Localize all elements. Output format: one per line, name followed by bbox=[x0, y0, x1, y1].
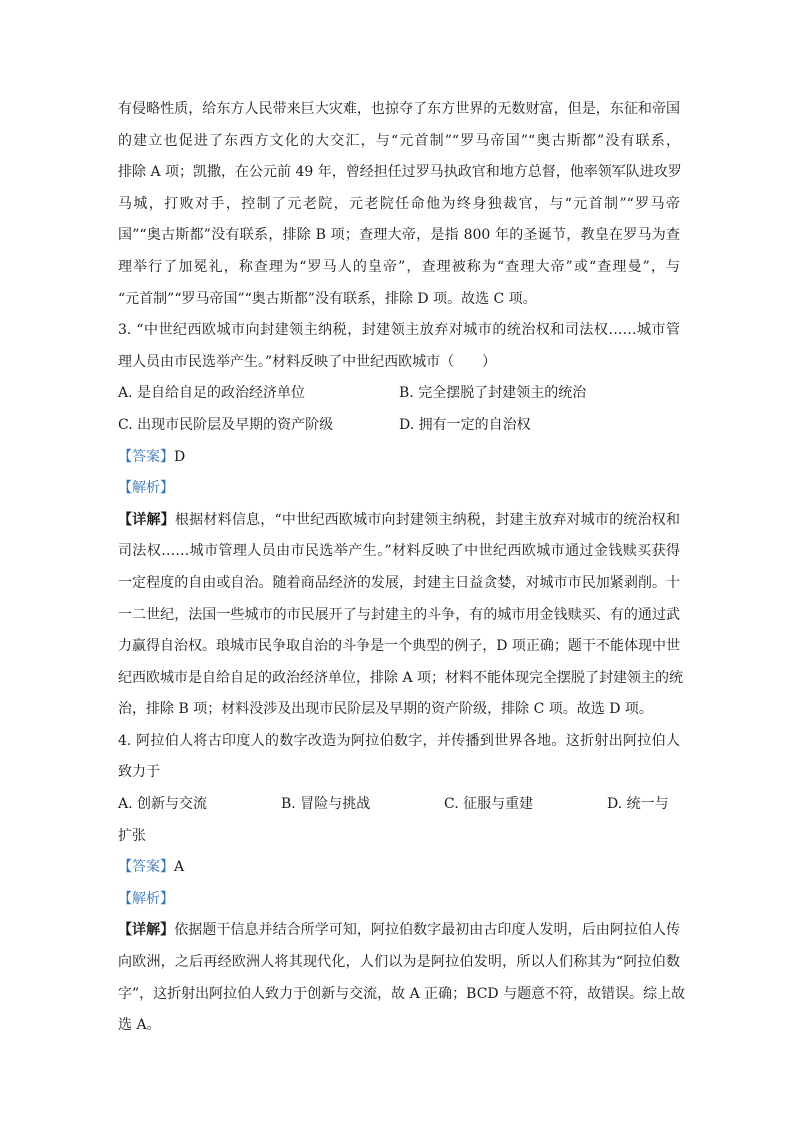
analysis-line: 【解析】 bbox=[118, 884, 680, 916]
question-stem: 理人员由市民选举产生。”材料反映了中世纪西欧城市（ ） bbox=[118, 347, 680, 379]
analysis-label: 【解析】 bbox=[118, 480, 174, 496]
options-row: C. 出现市民阶层及早期的资产阶级 D. 拥有一定的自治权 bbox=[118, 410, 680, 442]
text-line: 排除 A 项；凯撒，在公元前 49 年，曾经担任过罗马执政官和地方总督，他率领军… bbox=[118, 157, 680, 189]
answer-label: 【答案】 bbox=[118, 449, 174, 465]
option-d: D. 拥有一定的自治权 bbox=[399, 410, 680, 442]
text-line: 理举行了加冕礼，称查理为“罗马人的皇帝”，查理被称为“查理大帝”或“查理曼”，与 bbox=[118, 252, 680, 284]
option-wrap: 扩张 bbox=[118, 821, 680, 853]
detail-text: 依据题干信息并结合所学可知，阿拉伯数字最初由古印度人发明，后由阿拉伯人传 bbox=[174, 922, 680, 938]
document-page: 有侵略性质，给东方人民带来巨大灾难，也掠夺了东方世界的无数财富，但是，东征和帝国… bbox=[118, 94, 680, 1042]
text-line: 治，排除 B 项；材料没涉及出现市民阶层及早期的资产阶级，排除 C 项。故选 D… bbox=[118, 694, 680, 726]
option-d: D. 统一与 bbox=[607, 789, 669, 821]
text-line: 选 A。 bbox=[118, 1010, 680, 1042]
answer-value: A bbox=[174, 859, 184, 875]
option-b: B. 完全摆脱了封建领主的统治 bbox=[399, 378, 680, 410]
text-line: 一二世纪，法国一些城市的市民展开了与封建主的斗争，有的城市用金钱赎买、有的通过武 bbox=[118, 600, 680, 632]
text-line: 有侵略性质，给东方人民带来巨大灾难，也掠夺了东方世界的无数财富，但是，东征和帝国 bbox=[118, 94, 680, 126]
option-b: B. 冒险与挑战 bbox=[281, 789, 444, 821]
detail-line: 【详解】根据材料信息，“中世纪西欧城市向封建领主纳税，封建主放弃对城市的统治权和 bbox=[118, 505, 680, 537]
text-line: 向欧洲，之后再经欧洲人将其现代化，人们以为是阿拉伯发明，所以人们称其为“阿拉伯数 bbox=[118, 947, 680, 979]
text-line: 马城，打败对手，控制了元老院，元老院任命他为终身独裁官，与“元首制”“罗马帝 bbox=[118, 189, 680, 221]
text-line: 纪西欧城市是自给自足的政治经济单位，排除 A 项；材料不能体现完全摆脱了封建领主… bbox=[118, 663, 680, 695]
question-stem: 致力于 bbox=[118, 757, 680, 789]
option-c: C. 征服与重建 bbox=[444, 789, 607, 821]
option-a: A. 创新与交流 bbox=[118, 789, 281, 821]
detail-text: 根据材料信息，“中世纪西欧城市向封建领主纳税，封建主放弃对城市的统治权和 bbox=[175, 512, 680, 528]
detail-label: 【详解】 bbox=[118, 922, 174, 938]
text-line: 国”“奥古斯都”没有联系，排除 B 项；查理大帝，是指 800 年的圣诞节，教皇… bbox=[118, 220, 680, 252]
text-line: 字”，这折射出阿拉伯人致力于创新与交流，故 A 正确；BCD 与题意不符，故错误… bbox=[118, 979, 680, 1011]
question-4: 4. 阿拉伯人将古印度人的数字改造为阿拉伯数字，并传播到世界各地。这折射出阿拉伯… bbox=[118, 726, 680, 1042]
q2-explanation-tail: 有侵略性质，给东方人民带来巨大灾难，也掠夺了东方世界的无数财富，但是，东征和帝国… bbox=[118, 94, 680, 315]
question-3: 3. “中世纪西欧城市向封建领主纳税，封建领主放弃对城市的统治权和司法权……城市… bbox=[118, 315, 680, 726]
answer-label: 【答案】 bbox=[118, 859, 174, 875]
analysis-line: 【解析】 bbox=[118, 473, 680, 505]
option-c: C. 出现市民阶层及早期的资产阶级 bbox=[118, 410, 399, 442]
detail-label: 【详解】 bbox=[118, 512, 175, 528]
answer-value: D bbox=[174, 449, 185, 465]
detail-line: 【详解】依据题干信息并结合所学可知，阿拉伯数字最初由古印度人发明，后由阿拉伯人传 bbox=[118, 915, 680, 947]
analysis-label: 【解析】 bbox=[118, 891, 174, 907]
options-row: A. 是自给自足的政治经济单位 B. 完全摆脱了封建领主的统治 bbox=[118, 378, 680, 410]
text-line: 力赢得自治权。琅城市民争取自治的斗争是一个典型的例子，D 项正确；题干不能体现中… bbox=[118, 631, 680, 663]
text-line: “元首制”“罗马帝国”“奥古斯都”没有联系，排除 D 项。故选 C 项。 bbox=[118, 284, 680, 316]
text-line: 司法权……城市管理人员由市民选举产生。”材料反映了中世纪西欧城市通过金钱赎买获得 bbox=[118, 536, 680, 568]
options-row: A. 创新与交流 B. 冒险与挑战 C. 征服与重建 D. 统一与 bbox=[118, 789, 680, 821]
answer-line: 【答案】D bbox=[118, 442, 680, 474]
question-stem: 3. “中世纪西欧城市向封建领主纳税，封建领主放弃对城市的统治权和司法权……城市… bbox=[118, 315, 680, 347]
text-line: 的建立也促进了东西方文化的大交汇，与“元首制”“罗马帝国”“奥古斯都”没有联系， bbox=[118, 126, 680, 158]
answer-line: 【答案】A bbox=[118, 852, 680, 884]
option-a: A. 是自给自足的政治经济单位 bbox=[118, 378, 399, 410]
text-line: 一定程度的自由或自治。随着商品经济的发展，封建主日益贪婪，对城市市民加紧剥削。十 bbox=[118, 568, 680, 600]
question-stem: 4. 阿拉伯人将古印度人的数字改造为阿拉伯数字，并传播到世界各地。这折射出阿拉伯… bbox=[118, 726, 680, 758]
